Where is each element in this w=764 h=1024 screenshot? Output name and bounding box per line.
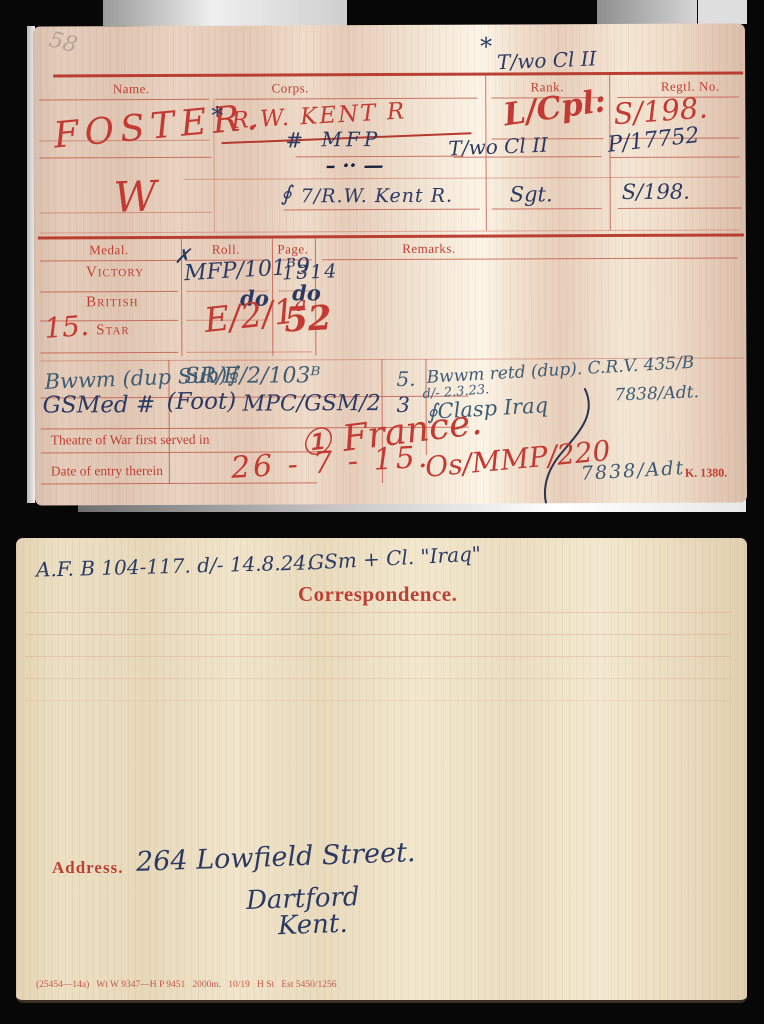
- corps-entry-2: MFP: [321, 127, 381, 151]
- initial-entry: W: [113, 171, 158, 222]
- ruled-line: [39, 99, 209, 101]
- ruled-line: [40, 260, 178, 262]
- ditto-dashes: – ·· —: [326, 153, 384, 177]
- corps-column-header: Corps.: [250, 80, 330, 96]
- ruled-line: [26, 634, 730, 635]
- ruled-line: [41, 482, 317, 484]
- corps-entry-3: 7/R.W. Kent R.: [301, 185, 453, 208]
- gsm-entry-label2: (Foot): [167, 389, 237, 415]
- date-of-entry-entry: 26 - 7 - 15.: [230, 440, 431, 486]
- date-of-entry-label: Date of entry therein: [51, 463, 163, 479]
- ruled-line: [40, 291, 178, 293]
- ruled-line: [26, 700, 730, 701]
- rank-entry-3: Sgt.: [510, 182, 553, 206]
- gsm-clasp-note: GSm + Cl. "Iraq": [307, 541, 481, 574]
- ruled-line: [454, 156, 602, 158]
- bwm-page-entry: 5.: [396, 367, 415, 391]
- medal-index-card: 58 * T/wo Cl II Name. Corps. Rank. Regtl…: [33, 23, 747, 505]
- gsm-roll-entry: MPC/GSM/2: [243, 391, 381, 417]
- paper-texture: [16, 538, 747, 1000]
- ruled-line: [40, 229, 740, 233]
- corps-entry-3-mark: ∮: [281, 181, 292, 205]
- scan-light-band: [597, 0, 697, 26]
- star-page-entry: 52: [283, 298, 333, 341]
- ruled-line: [492, 208, 602, 209]
- ruled-line: [40, 352, 178, 354]
- ruled-line: [26, 656, 730, 657]
- adt-reference: 7838/Adt: [580, 457, 685, 485]
- form-number: K. 1380.: [685, 466, 727, 481]
- bwm-roll-entry: SR/E/2/103ᴮ: [184, 363, 320, 389]
- roll-column-header: Roll.: [191, 242, 261, 258]
- ruled-line: [40, 157, 212, 159]
- ruled-line: [26, 612, 730, 613]
- regtl-no-entry-3: S/198.: [622, 180, 690, 204]
- medal-column-header: Medal.: [74, 242, 144, 258]
- theatre-of-war-label: Theatre of War first served in: [51, 432, 210, 449]
- address-label: Address.: [52, 858, 123, 878]
- remarks-column-header: Remarks.: [384, 241, 474, 257]
- rank-annotation: T/wo Cl II: [497, 46, 597, 74]
- ruled-line: [53, 71, 743, 77]
- af-form-note: A.F. B 104-117. d/- 14.8.24.: [36, 550, 313, 581]
- scanned-medal-index-card-page: 58 * T/wo Cl II Name. Corps. Rank. Regtl…: [0, 0, 764, 1024]
- address-county: Kent.: [277, 909, 348, 941]
- correspondence-title: Correspondence.: [298, 582, 457, 607]
- ruled-line: [38, 233, 744, 239]
- ruled-line: [322, 257, 738, 260]
- address-street: 264 Lowfield Street.: [136, 837, 416, 878]
- scan-light-band: [698, 0, 747, 24]
- ruled-line: [610, 156, 740, 158]
- scan-light-band: [103, 0, 347, 26]
- ruled-line: [618, 207, 742, 209]
- name-column-header: Name.: [93, 81, 169, 97]
- pencil-note: 58: [46, 27, 79, 58]
- ruled-line: [186, 351, 312, 353]
- star-medal-prefix: 15.: [43, 309, 90, 345]
- victory-medal-label: Victory: [86, 264, 144, 281]
- annotation-asterisk: *: [480, 33, 492, 61]
- ruled-line: [26, 678, 730, 679]
- gsm-entry-label: GSMed #: [43, 392, 156, 418]
- british-medal-label: British: [86, 294, 139, 311]
- ruled-line: [284, 209, 480, 211]
- printer-imprint: (25454—14a) Wt W 9347—H P 9451 2000m. 10…: [36, 980, 336, 990]
- star-medal-label: Star: [96, 322, 130, 339]
- corps-entry-mark: *: [211, 102, 223, 130]
- corps-entry-2-mark: #: [285, 128, 303, 152]
- bwm-remark2-entry: 7838/Adt.: [614, 382, 699, 405]
- correspondence-card: A.F. B 104-117. d/- 14.8.24. GSm + Cl. "…: [16, 538, 747, 1003]
